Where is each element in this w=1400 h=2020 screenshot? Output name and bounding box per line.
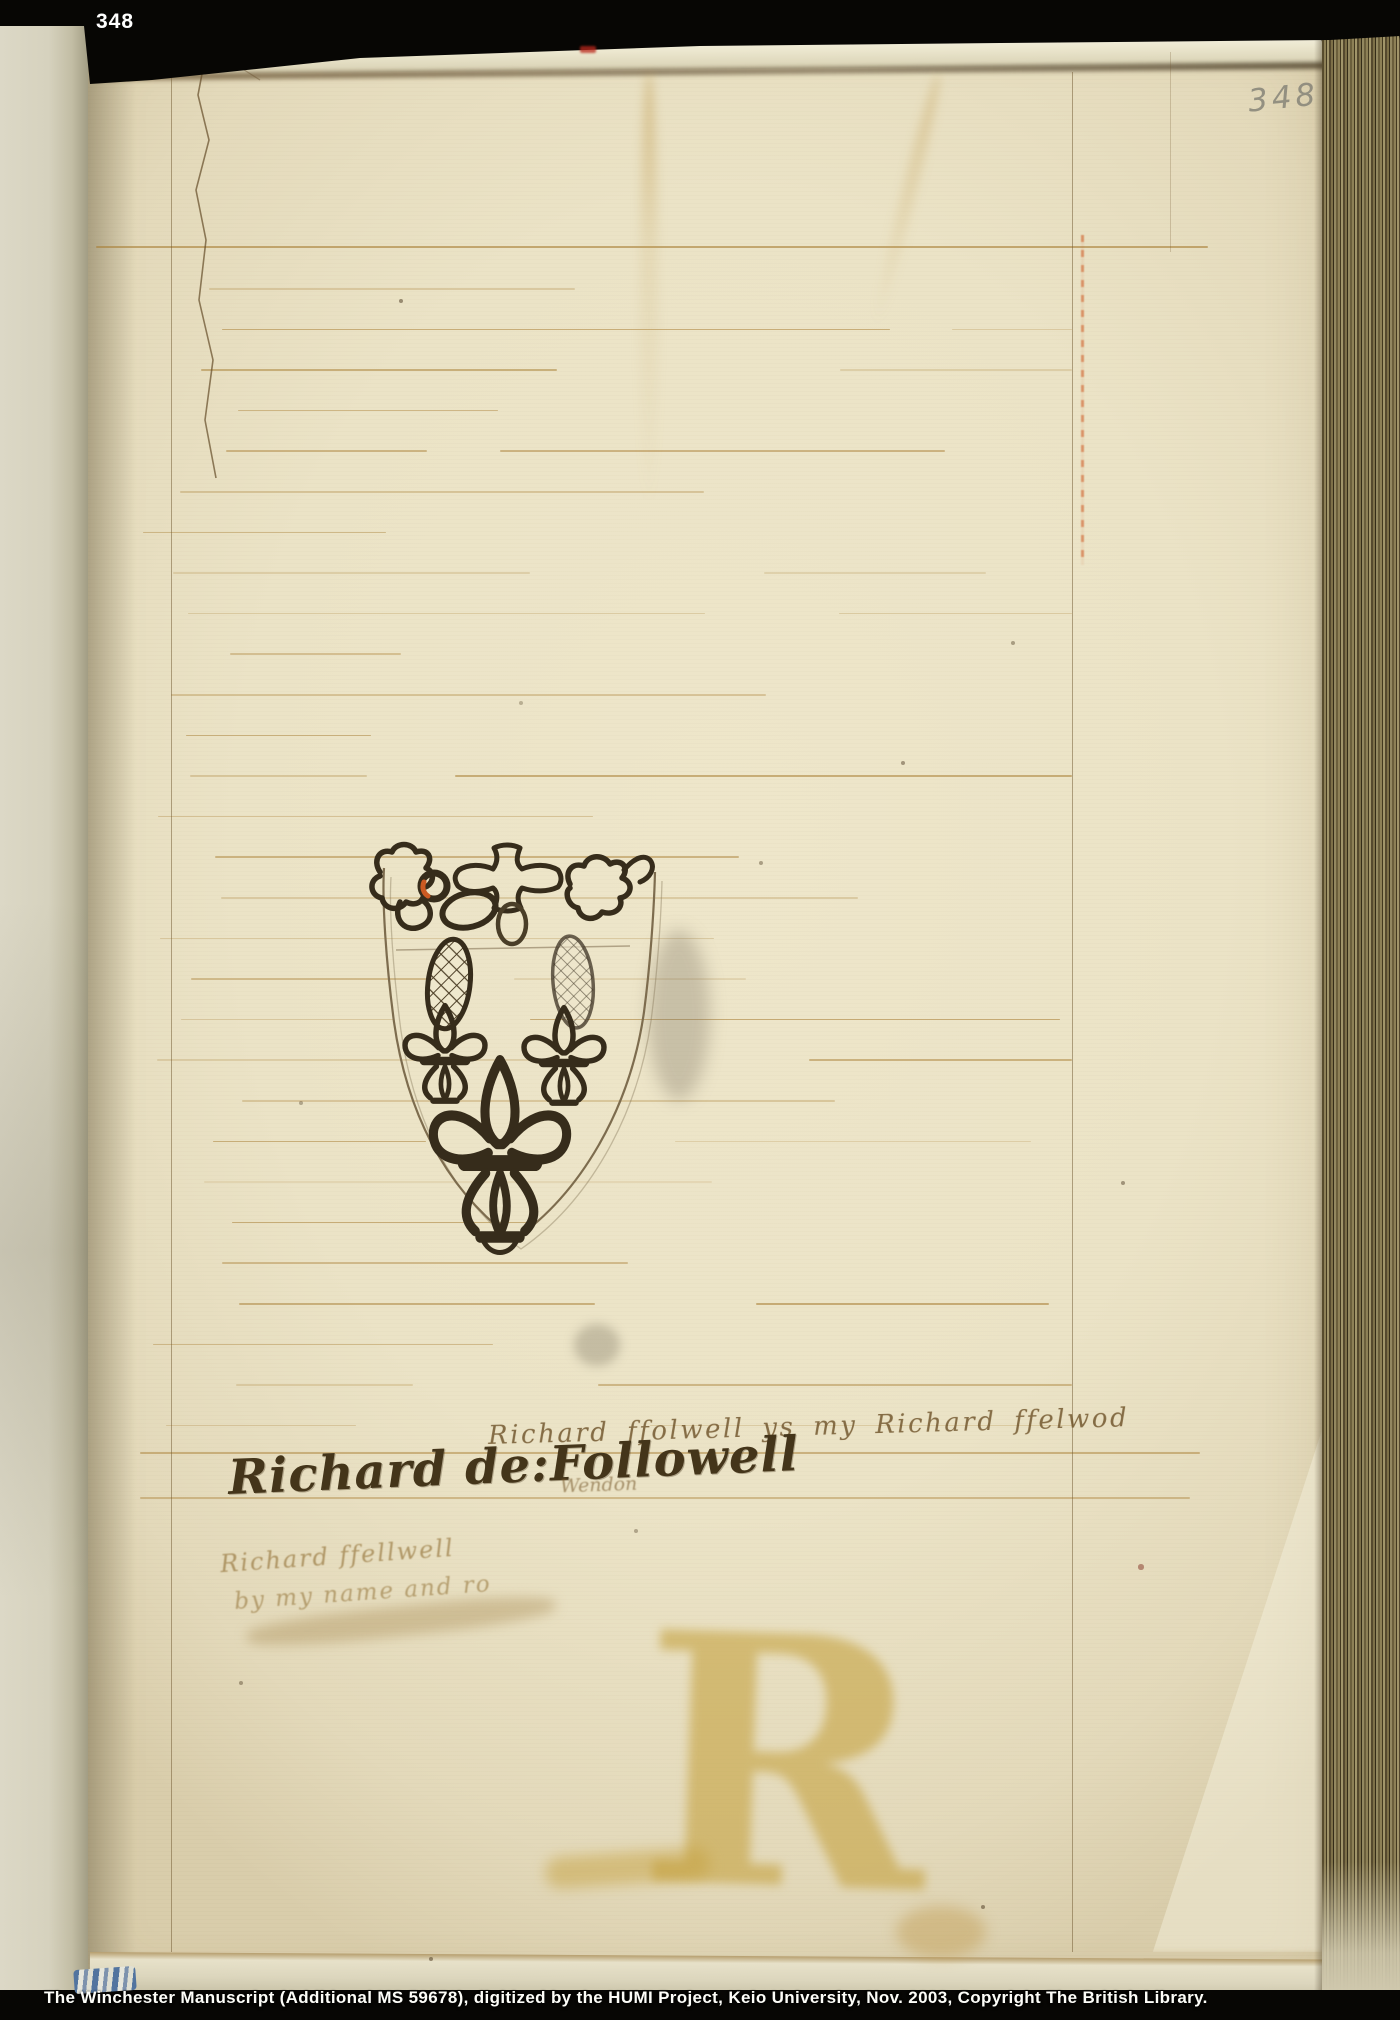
shield-drawing: [372, 842, 702, 1272]
book-cover-shading: [0, 900, 88, 1600]
image-caption: The Winchester Manuscript (Additional MS…: [44, 1988, 1208, 2008]
yellow-letter-stain: R: [634, 1587, 933, 1942]
hatched-leaf-right: [549, 934, 597, 1029]
handwritten-folio-number: 348: [1246, 76, 1321, 119]
parchment-crack: [0, 0, 1400, 600]
manuscript-photo: 348 348 Richard ffolwell ys my Richard f…: [0, 0, 1400, 2020]
faint-inscription-word: Wendon: [560, 1473, 638, 1498]
printed-folio-number: 348: [96, 10, 134, 34]
fore-edge-page-stack: [1322, 30, 1400, 1992]
crown-drawing: [372, 845, 652, 945]
